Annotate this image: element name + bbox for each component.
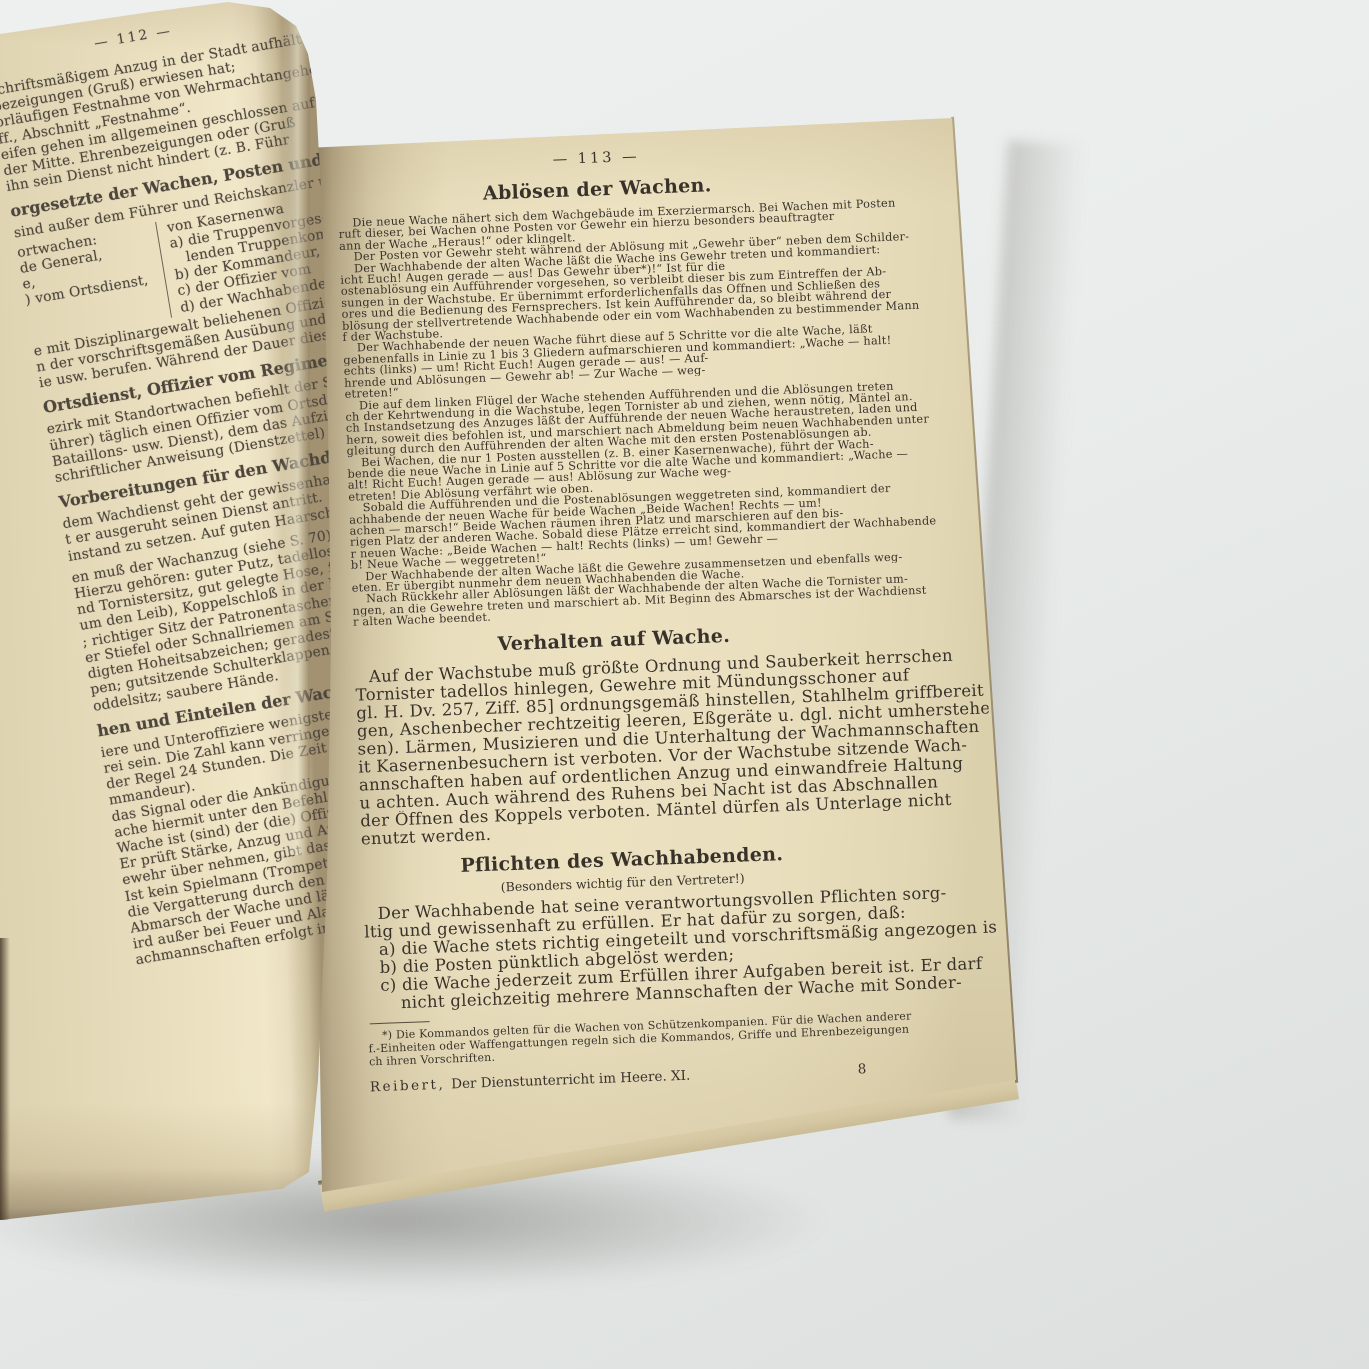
paragraph-abloesen: Die neue Wache nähert sich dem Wachgebäu… (338, 195, 985, 629)
footer-title: Der Dienstunterricht im Heere. XI. (451, 1067, 691, 1092)
column-left: ortwachen:de General,e,) vom Ortsdienst, (16, 222, 171, 341)
book-page-right: — 113 — Ablösen der Wachen. Die neue Wac… (306, 116, 1022, 1196)
spine-shadow (0, 938, 10, 1220)
footer-author: Reibert, (370, 1076, 446, 1095)
page-curl-highlight (282, 0, 310, 855)
footnote-rule (370, 1021, 430, 1024)
right-page-text: — 113 — Ablösen der Wachen. Die neue Wac… (336, 137, 1002, 1095)
book-page-left: — 112 — schriftsmäßigem Anzug in der Sta… (0, 0, 334, 1222)
paragraph-verhalten: Auf der Wachstube muß größte Ordnung und… (355, 645, 993, 848)
signature-mark: 8 (857, 1061, 866, 1077)
paragraph-pflichten: Der Wachhabende hat seine verantwortungs… (363, 882, 999, 1013)
photo-scene: — 113 — Ablösen der Wachen. Die neue Wac… (0, 0, 1369, 1369)
